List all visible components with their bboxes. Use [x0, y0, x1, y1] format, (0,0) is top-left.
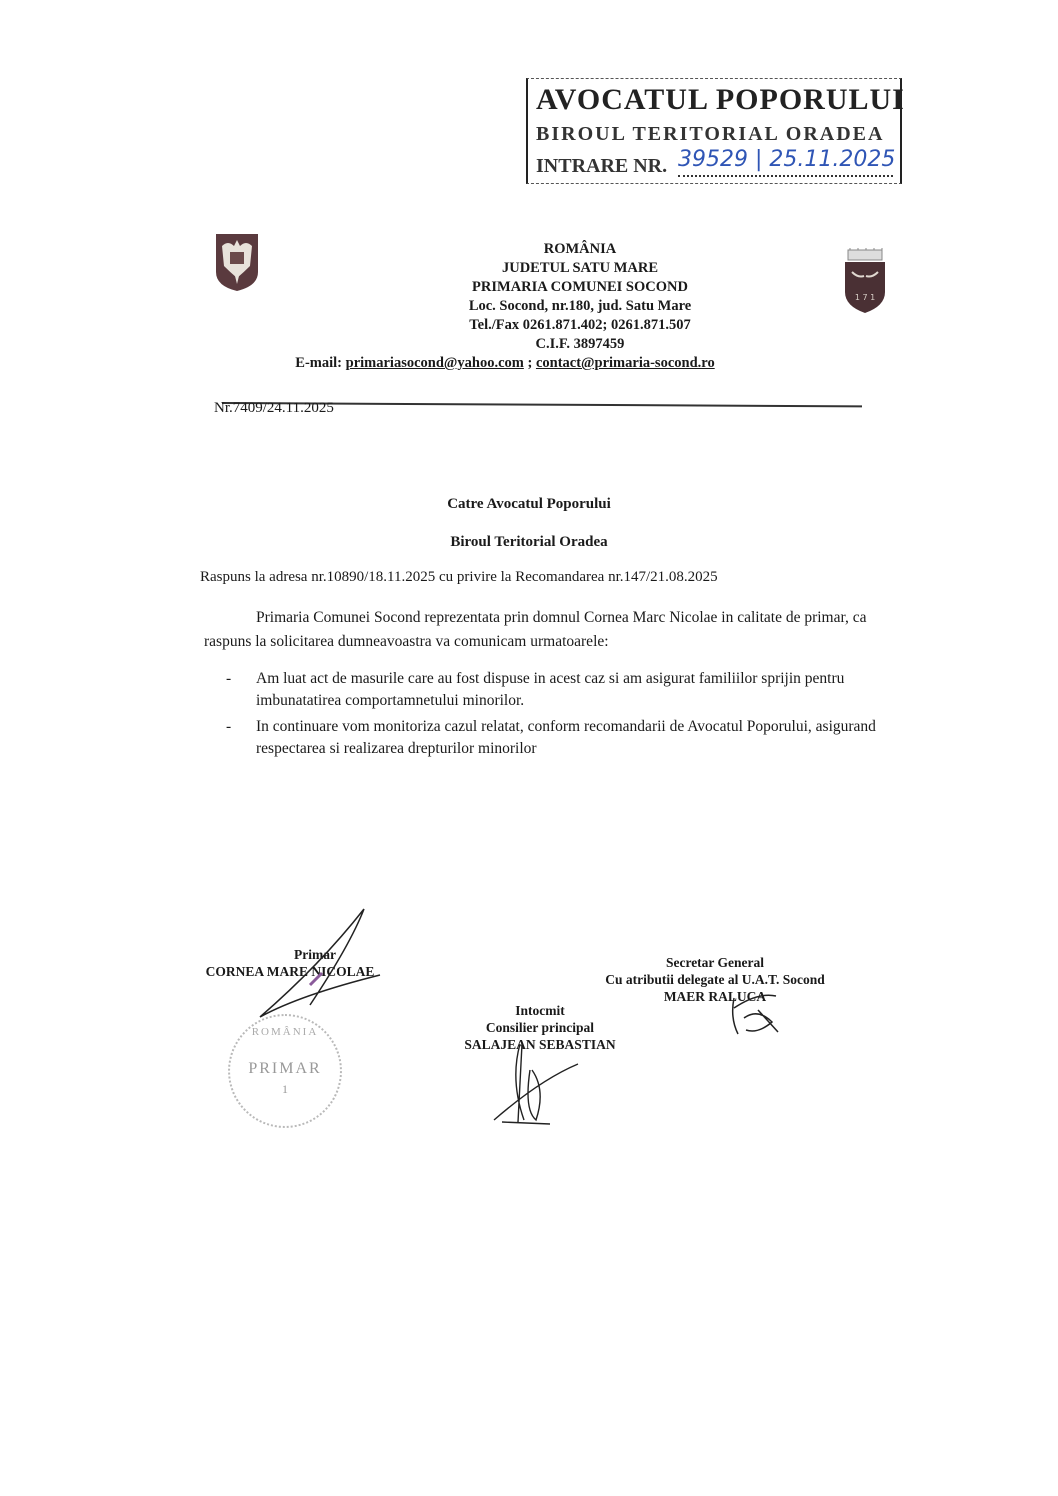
- subject-line: Raspuns la adresa nr.10890/18.11.2025 cu…: [200, 569, 718, 586]
- letterhead-email-line: E-mail: primariasocond@yahoo.com ; conta…: [150, 354, 860, 373]
- drafted-by-title: Consilier principal: [440, 1019, 640, 1036]
- secretary-signature-scribble: [728, 988, 788, 1040]
- drafted-by-signature-scribble: [490, 1040, 590, 1130]
- seal-center-text: PRIMAR: [230, 1060, 340, 1078]
- bullet-marker: -: [226, 668, 256, 712]
- email-label: E-mail:: [295, 355, 342, 371]
- recipient-office: Biroul Teritorial Oradea: [0, 534, 1058, 551]
- stamp-dotted-line: [678, 175, 893, 177]
- letterhead-county: JUDETUL SATU MARE: [300, 259, 860, 278]
- document-number: Nr.7409/24.11.2025: [214, 400, 334, 417]
- stamp-entry-label: INTRARE NR.: [536, 155, 667, 178]
- letterhead: ROMÂNIA JUDETUL SATU MARE PRIMARIA COMUN…: [300, 240, 860, 373]
- stamp-institution: AVOCATUL POPORULUI: [536, 83, 905, 117]
- letterhead-institution: PRIMARIA COMUNEI SOCOND: [300, 278, 860, 297]
- email-link-primaria[interactable]: contact@primaria-socond.ro: [536, 355, 715, 371]
- romania-coat-of-arms-icon: [214, 232, 260, 292]
- email-separator: ;: [527, 355, 532, 371]
- stamp-office: BIROUL TERITORIAL ORADEA: [536, 123, 884, 146]
- bullet-marker: -: [226, 716, 256, 760]
- seal-number: 1: [230, 1082, 340, 1097]
- list-item: - In continuare vom monitoriza cazul rel…: [226, 716, 886, 760]
- recipient: Catre Avocatul Poporului: [0, 496, 1058, 513]
- bullet-text: Am luat act de masurile care au fost dis…: [256, 668, 886, 712]
- letterhead-phone: Tel./Fax 0261.871.402; 0261.871.507: [300, 316, 860, 335]
- letterhead-cif: C.I.F. 3897459: [300, 335, 860, 354]
- bullet-list: - Am luat act de masurile care au fost d…: [226, 668, 886, 764]
- list-item: - Am luat act de masurile care au fost d…: [226, 668, 886, 712]
- secretary-title: Secretar General: [570, 954, 860, 971]
- email-link-yahoo[interactable]: primariasocond@yahoo.com: [346, 355, 524, 371]
- seal-top-text: ROMÂNIA: [230, 1026, 340, 1038]
- registry-stamp: AVOCATUL POPORULUI BIROUL TERITORIAL ORA…: [526, 78, 902, 184]
- secretary-subtitle: Cu atributii delegate al U.A.T. Socond: [570, 971, 860, 988]
- mayor-signature-scribble: [240, 905, 390, 1025]
- letterhead-country: ROMÂNIA: [300, 240, 860, 259]
- body-paragraph: Primaria Comunei Socond reprezentata pri…: [204, 606, 894, 654]
- stamp-entry-number: 39529 | 25.11.2025: [678, 147, 895, 172]
- secretary-signature-block: Secretar General Cu atributii delegate a…: [570, 954, 860, 1005]
- drafted-by-label: Intocmit: [440, 1002, 640, 1019]
- mayor-seal: ROMÂNIA PRIMAR 1: [228, 1014, 342, 1128]
- bullet-text: In continuare vom monitoriza cazul relat…: [256, 716, 886, 760]
- letterhead-address: Loc. Socond, nr.180, jud. Satu Mare: [300, 297, 860, 316]
